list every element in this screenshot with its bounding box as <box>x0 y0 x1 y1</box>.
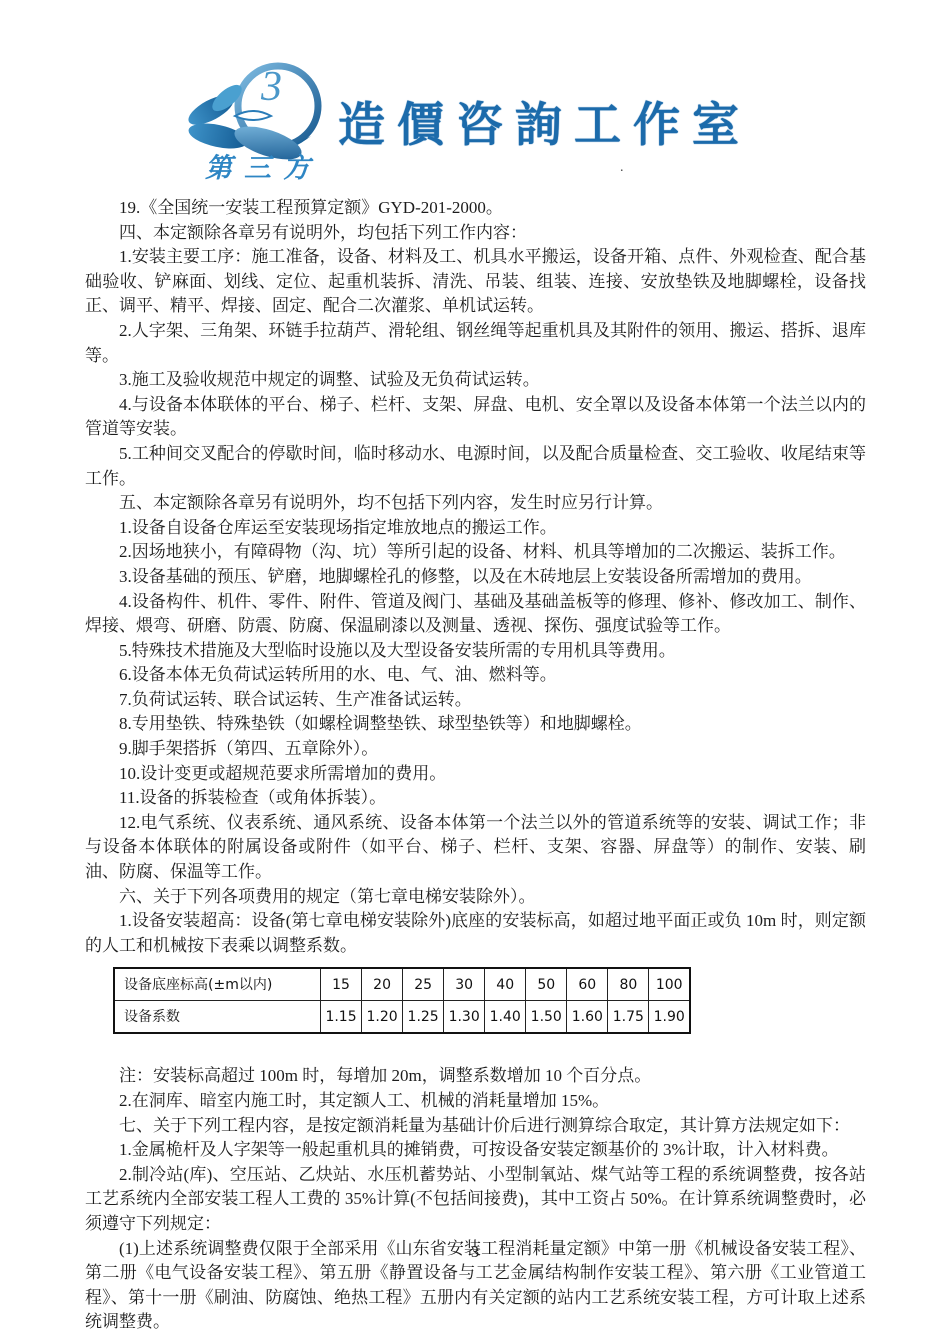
height-adjustment-table: 设备底座标高(±m以内) 15 20 25 30 40 50 60 80 100… <box>113 967 691 1034</box>
paragraph: 四、本定额除各章另有说明外，均包括下列工作内容： <box>85 221 866 246</box>
table-row: 设备底座标高(±m以内) 15 20 25 30 40 50 60 80 100 <box>114 968 690 1001</box>
paragraph: 11.设备的拆装检查（或角体拆装）。 <box>85 786 866 811</box>
table-cell: 100 <box>649 968 690 1001</box>
paragraph: 5.工种间交叉配合的停歇时间，临时移动水、电源时间，以及配合质量检查、交工验收、… <box>85 442 866 491</box>
table-cell: 80 <box>608 968 649 1001</box>
paragraph: 6.设备本体无负荷试运转所用的水、电、气、油、燃料等。 <box>85 663 866 688</box>
paragraph: 1.设备安装超高：设备(第七章电梯安装除外)底座的安装标高，如超过地平面正或负 … <box>85 909 866 958</box>
company-logo: 3 <box>183 58 353 158</box>
paragraph: 5.特殊技术措施及大型临时设施以及大型设备安装所需的专用机具等费用。 <box>85 639 866 664</box>
paragraph: 1.安装主要工序：施工准备，设备、材料及工、机具水平搬运，设备开箱、点件、外观检… <box>85 245 866 319</box>
paragraph: 2.制冷站(库)、空压站、乙炔站、水压机蓄势站、小型制氧站、煤气站等工程的系统调… <box>85 1163 866 1237</box>
table-header-label: 设备底座标高(±m以内) <box>114 968 321 1001</box>
table-cell: 1.15 <box>321 1001 362 1034</box>
paragraph: 2.人字架、三角架、环链手拉葫芦、滑轮组、钢丝绳等起重机具及其附件的领用、搬运、… <box>85 319 866 368</box>
paragraph: 3.施工及验收规范中规定的调整、试验及无负荷试运转。 <box>85 368 866 393</box>
table-cell: 25 <box>403 968 444 1001</box>
paragraph: 2.因场地狭小，有障碍物（沟、坑）等所引起的设备、材料、机具等增加的二次搬运、装… <box>85 540 866 565</box>
table-cell: 30 <box>444 968 485 1001</box>
table-cell: 1.90 <box>649 1001 690 1034</box>
table-cell: 40 <box>485 968 526 1001</box>
table-cell: 1.20 <box>362 1001 403 1034</box>
table-cell: 20 <box>362 968 403 1001</box>
table-cell: 1.50 <box>526 1001 567 1034</box>
document-page: 3 第三方 造價咨詢工作室 . 19.《全国统一安装工程预算定额》GYD-201… <box>0 0 950 1344</box>
paragraph: 7.负荷试运转、联合试运转、生产准备试运转。 <box>85 688 866 713</box>
table-cell: 1.30 <box>444 1001 485 1034</box>
paragraph: 1.设备自设备仓库运至安装现场指定堆放地点的搬运工作。 <box>85 516 866 541</box>
paragraph: 五、本定额除各章另有说明外，均不包括下列内容，发生时应另行计算。 <box>85 491 866 516</box>
paragraph: 七、关于下列工程内容，是按定额消耗量为基础计价后进行测算综合取定，其计算方法规定… <box>85 1114 866 1139</box>
logo-subtitle: 第三方 <box>205 146 335 185</box>
paragraph: 1.金属桅杆及人字架等一般起重机具的摊销费，可按设备安装定额基价的 3%计取，计… <box>85 1138 866 1163</box>
table-note: 注：安装标高超过 100m 时，每增加 20m，调整系数增加 10 个百分点。 <box>85 1064 866 1089</box>
paragraph: 4.设备构件、机件、零件、附件、管道及阀门、基础及基础盖板等的修理、修补、修改加… <box>85 590 866 639</box>
table-cell: 15 <box>321 968 362 1001</box>
paragraph: 12.电气系统、仪表系统、通风系统、设备本体第一个法兰以外的管道系统等的安装、调… <box>85 811 866 885</box>
paragraph: 六、关于下列各项费用的规定（第七章电梯安装除外）。 <box>85 885 866 910</box>
paragraph: 9.脚手架搭拆（第四、五章除外）。 <box>85 737 866 762</box>
table-cell: 1.25 <box>403 1001 444 1034</box>
table-cell: 50 <box>526 968 567 1001</box>
logo-number: 3 <box>260 64 282 110</box>
table-cell: 1.75 <box>608 1001 649 1034</box>
table-cell: 1.60 <box>567 1001 608 1034</box>
document-body: 19.《全国统一安装工程预算定额》GYD-201-2000。 四、本定额除各章另… <box>85 196 866 1335</box>
paragraph: 19.《全国统一安装工程预算定额》GYD-201-2000。 <box>85 196 866 221</box>
table-row-label: 设备系数 <box>114 1001 321 1034</box>
paragraph: 3.设备基础的预压、铲磨，地脚螺栓孔的修整，以及在木砖地层上安装设备所需增加的费… <box>85 565 866 590</box>
table-row: 设备系数 1.15 1.20 1.25 1.30 1.40 1.50 1.60 … <box>114 1001 690 1034</box>
page-number: 3 <box>0 1244 950 1262</box>
paragraph: 8.专用垫铁、特殊垫铁（如螺栓调整垫铁、球型垫铁等）和地脚螺栓。 <box>85 712 866 737</box>
stray-dot: . <box>620 160 624 176</box>
paragraph: 2.在洞库、暗室内施工时，其定额人工、机械的消耗量增加 15%。 <box>85 1089 866 1114</box>
table-cell: 1.40 <box>485 1001 526 1034</box>
paragraph: 10.设计变更或超规范要求所需增加的费用。 <box>85 762 866 787</box>
table-cell: 60 <box>567 968 608 1001</box>
paragraph: 4.与设备本体联体的平台、梯子、栏杆、支架、屏盘、电机、安全罩以及设备本体第一个… <box>85 393 866 442</box>
brand-title: 造價咨詢工作室 <box>338 88 758 155</box>
